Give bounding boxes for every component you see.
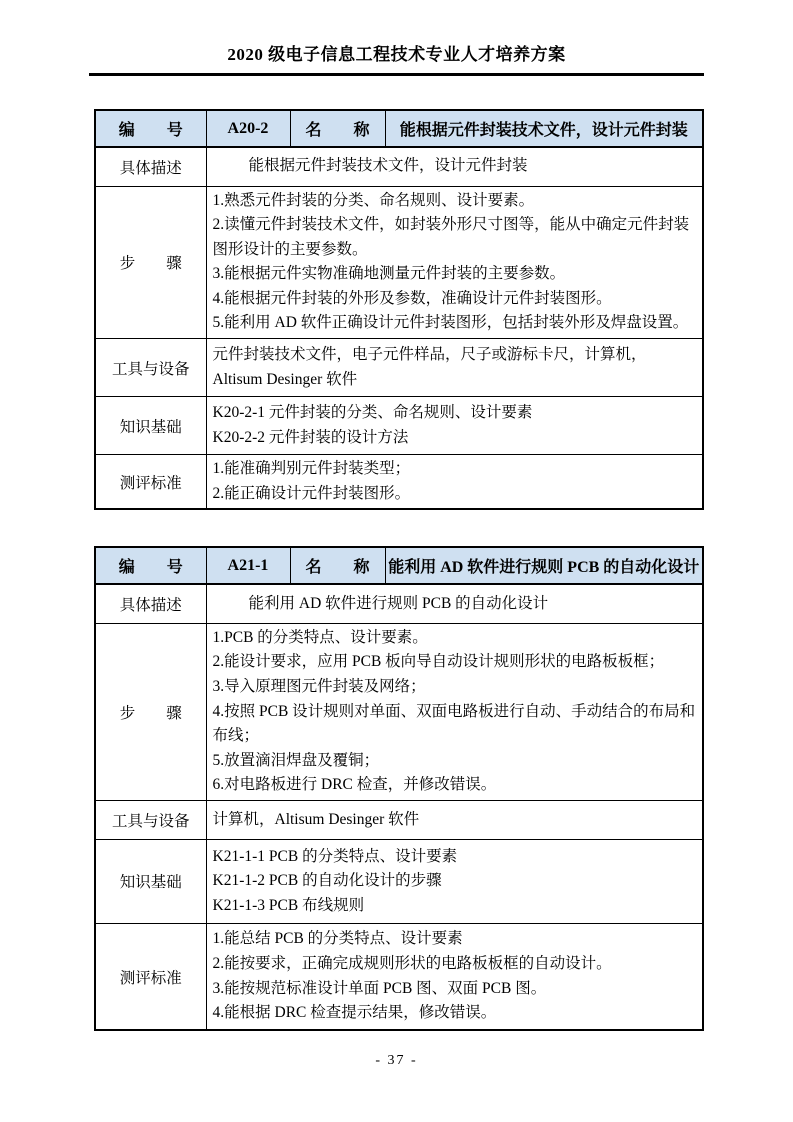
table-row-tools: 工具与设备 计算机，Altisum Desinger 软件 <box>95 800 703 839</box>
description-line: 能利用 AD 软件进行规则 PCB 的自动化设计 <box>213 592 697 617</box>
row-label-cell: 知识基础 <box>95 397 206 455</box>
code-label-cell: 编 号 <box>95 110 206 147</box>
knowledge-line: K21-1-1 PCB 的分类特点、设计要素 <box>213 845 697 870</box>
description-cell: 能根据元件封装技术文件，设计元件封装 <box>206 147 703 186</box>
name-value-cell: 能根据元件封装技术文件，设计元件封装 <box>385 110 703 147</box>
knowledge-line: K21-1-3 PCB 布线规则 <box>213 894 697 919</box>
name-value-cell: 能利用 AD 软件进行规则 PCB 的自动化设计 <box>385 547 703 584</box>
knowledge-cell: K21-1-1 PCB 的分类特点、设计要素 K21-1-2 PCB 的自动化设… <box>206 839 703 923</box>
row-label-cell: 工具与设备 <box>95 800 206 839</box>
step-line: 5.放置滴泪焊盘及覆铜； <box>213 749 697 774</box>
table-row-knowledge: 知识基础 K21-1-1 PCB 的分类特点、设计要素 K21-1-2 PCB … <box>95 839 703 923</box>
row-label-cell: 测评标准 <box>95 923 206 1030</box>
tools-line: 计算机，Altisum Desinger 软件 <box>213 808 697 833</box>
criteria-line: 1.能准确判别元件封装类型； <box>213 457 697 482</box>
criteria-cell: 1.能准确判别元件封装类型； 2.能正确设计元件封装图形。 <box>206 455 703 510</box>
criteria-line: 1.能总结 PCB 的分类特点、设计要素 <box>213 927 697 952</box>
step-line: 3.能根据元件实物准确地测量元件封装的主要参数。 <box>213 262 697 287</box>
table-row-knowledge: 知识基础 K20-2-1 元件封装的分类、命名规则、设计要素 K20-2-2 元… <box>95 397 703 455</box>
table-row-description: 具体描述 能利用 AD 软件进行规则 PCB 的自动化设计 <box>95 584 703 623</box>
row-label-cell: 步 骤 <box>95 623 206 800</box>
knowledge-line: K20-2-2 元件封装的设计方法 <box>213 426 697 451</box>
criteria-cell: 1.能总结 PCB 的分类特点、设计要素 2.能按要求，正确完成规则形状的电路板… <box>206 923 703 1030</box>
row-label-cell: 工具与设备 <box>95 339 206 397</box>
row-label-cell: 步 骤 <box>95 186 206 339</box>
table-row-description: 具体描述 能根据元件封装技术文件，设计元件封装 <box>95 147 703 186</box>
criteria-line: 2.能正确设计元件封装图形。 <box>213 482 697 507</box>
step-line: 4.能根据元件封装的外形及参数，准确设计元件封装图形。 <box>213 287 697 312</box>
table-row-steps: 步 骤 1.熟悉元件封装的分类、命名规则、设计要素。 2.读懂元件封装技术文件，… <box>95 186 703 339</box>
step-line: 1.PCB 的分类特点、设计要素。 <box>213 626 697 651</box>
table-row-criteria: 测评标准 1.能准确判别元件封装类型； 2.能正确设计元件封装图形。 <box>95 455 703 510</box>
step-line: 2.读懂元件封装技术文件，如封装外形尺寸图等，能从中确定元件封装图形设计的主要参… <box>213 213 697 262</box>
table-row-tools: 工具与设备 元件封装技术文件，电子元件样品，尺子或游标卡尺，计算机，Altisu… <box>95 339 703 397</box>
row-label-cell: 具体描述 <box>95 147 206 186</box>
tools-line: 元件封装技术文件，电子元件样品，尺子或游标卡尺，计算机，Altisum Desi… <box>213 343 697 392</box>
row-label-cell: 测评标准 <box>95 455 206 510</box>
steps-cell: 1.熟悉元件封装的分类、命名规则、设计要素。 2.读懂元件封装技术文件，如封装外… <box>206 186 703 339</box>
tools-cell: 计算机，Altisum Desinger 软件 <box>206 800 703 839</box>
name-label-cell: 名 称 <box>290 110 385 147</box>
criteria-line: 2.能按要求，正确完成规则形状的电路板板框的自动设计。 <box>213 952 697 977</box>
step-line: 3.导入原理图元件封装及网络； <box>213 675 697 700</box>
name-label-cell: 名 称 <box>290 547 385 584</box>
code-value-cell: A20-2 <box>206 110 290 147</box>
code-label-cell: 编 号 <box>95 547 206 584</box>
step-line: 1.熟悉元件封装的分类、命名规则、设计要素。 <box>213 189 697 214</box>
page-number: - 37 - <box>0 1053 793 1069</box>
step-line: 4.按照 PCB 设计规则对单面、双面电路板进行自动、手动结合的布局和布线； <box>213 700 697 749</box>
knowledge-line: K21-1-2 PCB 的自动化设计的步骤 <box>213 869 697 894</box>
step-line: 2.能设计要求，应用 PCB 板向导自动设计规则形状的电路板板框； <box>213 650 697 675</box>
step-line: 6.对电路板进行 DRC 检查，并修改错误。 <box>213 773 697 798</box>
row-label-cell: 具体描述 <box>95 584 206 623</box>
description-cell: 能利用 AD 软件进行规则 PCB 的自动化设计 <box>206 584 703 623</box>
tools-cell: 元件封装技术文件，电子元件样品，尺子或游标卡尺，计算机，Altisum Desi… <box>206 339 703 397</box>
table-header-row: 编 号 A20-2 名 称 能根据元件封装技术文件，设计元件封装 <box>95 110 703 147</box>
page-header-title: 2020 级电子信息工程技术专业人才培养方案 <box>0 0 793 65</box>
knowledge-line: K20-2-1 元件封装的分类、命名规则、设计要素 <box>213 401 697 426</box>
criteria-line: 4.能根据 DRC 检查提示结果，修改错误。 <box>213 1001 697 1026</box>
criteria-line: 3.能按规范标准设计单面 PCB 图、双面 PCB 图。 <box>213 977 697 1002</box>
steps-cell: 1.PCB 的分类特点、设计要素。 2.能设计要求，应用 PCB 板向导自动设计… <box>206 623 703 800</box>
row-label-cell: 知识基础 <box>95 839 206 923</box>
description-line: 能根据元件封装技术文件，设计元件封装 <box>213 154 697 179</box>
table-header-row: 编 号 A21-1 名 称 能利用 AD 软件进行规则 PCB 的自动化设计 <box>95 547 703 584</box>
skill-table-a21-1: 编 号 A21-1 名 称 能利用 AD 软件进行规则 PCB 的自动化设计 具… <box>94 546 704 1031</box>
skill-table-a20-2: 编 号 A20-2 名 称 能根据元件封装技术文件，设计元件封装 具体描述 能根… <box>94 109 704 510</box>
header-double-rule <box>89 73 704 76</box>
table-row-criteria: 测评标准 1.能总结 PCB 的分类特点、设计要素 2.能按要求，正确完成规则形… <box>95 923 703 1030</box>
document-page: 2020 级电子信息工程技术专业人才培养方案 编 号 A20-2 名 称 能根据… <box>0 0 793 1122</box>
table-row-steps: 步 骤 1.PCB 的分类特点、设计要素。 2.能设计要求，应用 PCB 板向导… <box>95 623 703 800</box>
code-value-cell: A21-1 <box>206 547 290 584</box>
knowledge-cell: K20-2-1 元件封装的分类、命名规则、设计要素 K20-2-2 元件封装的设… <box>206 397 703 455</box>
step-line: 5.能利用 AD 软件正确设计元件封装图形，包括封装外形及焊盘设置。 <box>213 311 697 336</box>
